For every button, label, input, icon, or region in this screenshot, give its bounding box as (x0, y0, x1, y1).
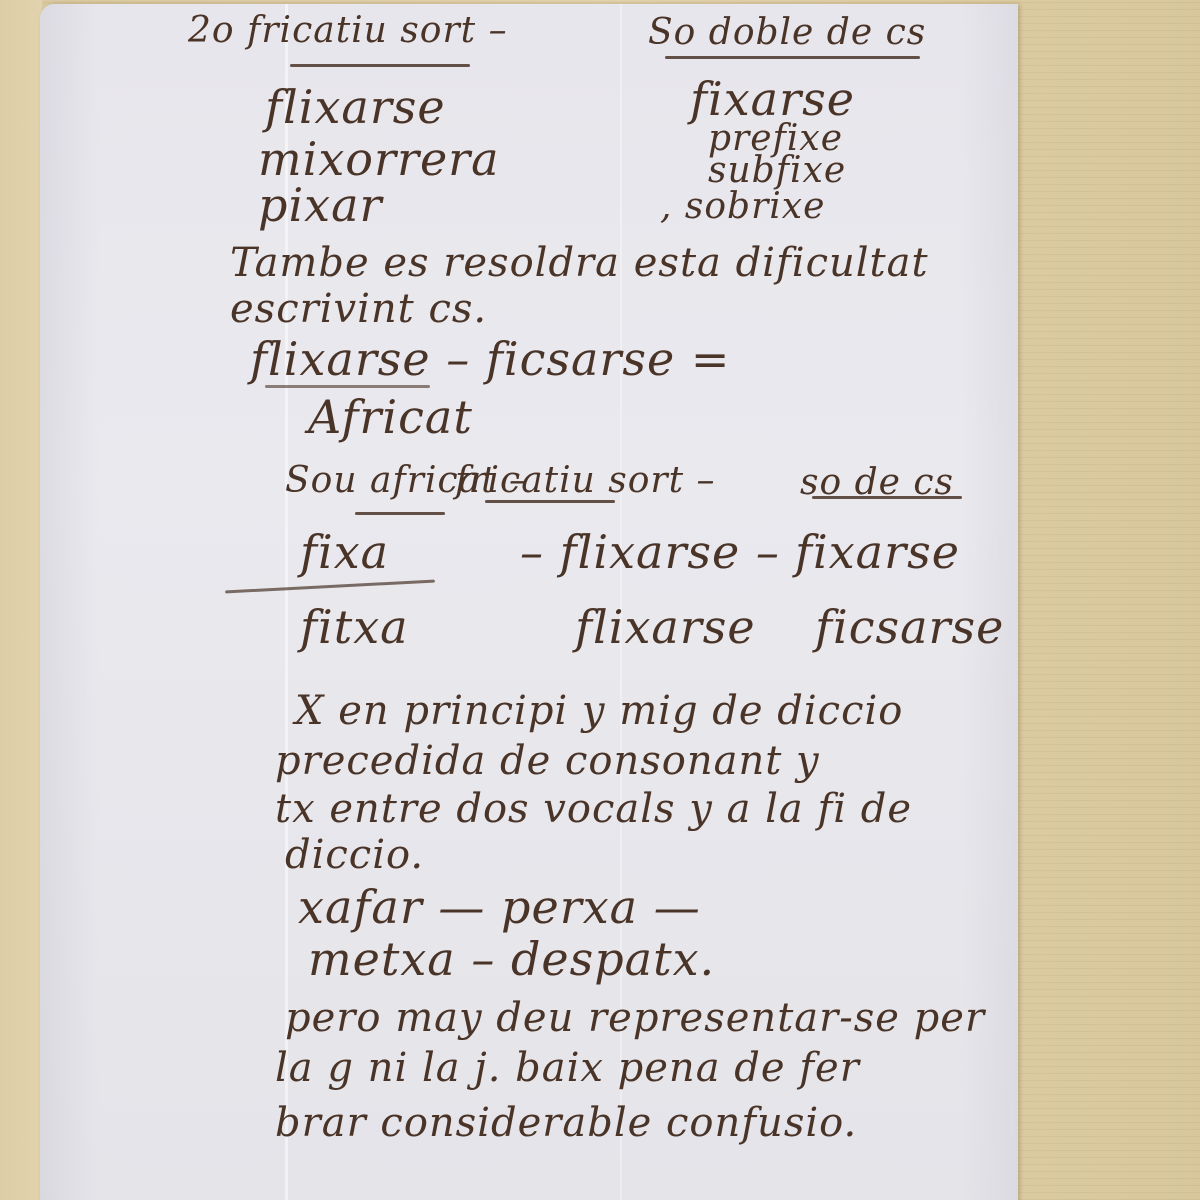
underline (265, 385, 430, 388)
sentence-line: escrivint cs. (230, 286, 487, 332)
example-flixarse-ficsarse: flixarse – ficsarse = (250, 332, 730, 386)
word-flixarse: – flixarse – (520, 525, 780, 579)
closing-line: brar considerable confusio. (275, 1100, 857, 1146)
underline (355, 512, 445, 515)
closing-line: pero may deu representar-se per (285, 995, 985, 1041)
heading-fricative: 2o fricatiu sort – (188, 10, 508, 51)
rule-line: X en principi y mig de diccio (295, 688, 903, 734)
word-fitxa: fitxa (300, 600, 409, 654)
rule-line: precedida de consonant y (275, 738, 820, 784)
word-flixarse: flixarse (575, 600, 756, 654)
closing-line: la g ni la j. baix pena de fer (275, 1045, 860, 1091)
example-xafar-perxa: xafar — perxa — (298, 880, 701, 934)
example-metxa-despatx: metxa – despatx. (308, 932, 715, 986)
underline (290, 64, 470, 67)
rule-line: diccio. (285, 832, 424, 878)
word-ficsarse: ficsarse (815, 600, 1004, 654)
word-pixar: pixar (258, 178, 383, 232)
underline (812, 496, 962, 499)
rule-line: tx entre dos vocals y a la fi de (275, 786, 912, 832)
label-africat: Africat (308, 390, 473, 444)
word-subfixe: subfixe (708, 150, 846, 191)
heading-double-cs: So doble de cs (648, 12, 926, 53)
word-fixa: fixa (300, 525, 389, 579)
word-flixarse: flixarse (265, 80, 446, 134)
word-fixarse: fixarse (795, 525, 960, 579)
wooden-table-surface (0, 0, 42, 1200)
underline (485, 500, 615, 503)
word-sobrixe: , sobrixe (660, 186, 825, 227)
underline (665, 56, 920, 59)
sentence-line: Tambe es resoldra esta dificultat (230, 240, 929, 286)
column-heading-fricatiu: fricatiu sort – (455, 460, 716, 501)
